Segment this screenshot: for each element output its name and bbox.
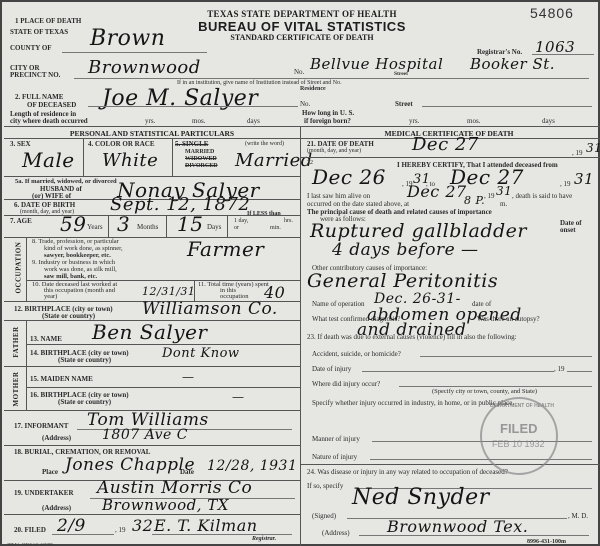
birthplace-value: Williamson Co. — [142, 299, 278, 319]
filed-year: 32 — [132, 516, 153, 535]
last-worked-label-3: year) — [44, 293, 57, 301]
injury-date-label: Date of injury — [312, 365, 351, 373]
age-years: 59 — [60, 212, 86, 236]
form-number: 8996-431-100m — [527, 538, 566, 546]
printer-note: THE E.L. STECK CO. AUSTIN — [7, 540, 53, 546]
autopsy-label: Was there an autopsy? — [477, 315, 540, 323]
father-birthplace-label-2: (State or country) — [58, 356, 111, 364]
years-label: Years — [87, 223, 103, 231]
dod-value: Dec 27 — [412, 134, 479, 155]
undertaker-address: Brownwood, TX — [102, 496, 229, 514]
cause-line-2: 4 days before — — [332, 240, 479, 260]
death-certificate: TEXAS STATE DEPARTMENT OF HEALTH BUREAU … — [0, 0, 600, 546]
filed-stamp: DEPARTMENT OF HEALTH FILED FEB 10 1932 — [480, 397, 558, 475]
father-birthplace: Dont Know — [162, 346, 240, 361]
to-year-prefix: , 19 — [560, 180, 571, 188]
department-title: TEXAS STATE DEPARTMENT OF HEALTH — [192, 9, 412, 19]
city-value: Brownwood — [88, 57, 201, 78]
days-label: Days — [207, 223, 221, 231]
burial-place: Jones Chapple — [65, 455, 195, 475]
physician-signature: Ned Snyder — [352, 485, 490, 510]
last-worked-value: 12/31/31 — [142, 285, 195, 298]
less-label-3: or — [234, 224, 239, 232]
to-year: 31 — [574, 170, 594, 188]
less-min: min. — [270, 224, 281, 232]
certificate-number: 54806 — [530, 5, 574, 21]
foreign-mos: mos. — [467, 117, 480, 125]
signed-label: (Signed) — [312, 512, 336, 520]
state-label: STATE OF TEXAS — [10, 28, 68, 36]
sex-value: Male — [22, 148, 75, 172]
street-label: Street — [394, 70, 408, 78]
length-days: days — [247, 117, 260, 125]
undertaker-label: 19. UNDERTAKER — [14, 489, 74, 497]
less-hrs: hrs. — [284, 217, 293, 225]
name-label-1: 2. FULL NAME — [15, 93, 63, 101]
city-label-2: PRECINCT NO. — [10, 71, 60, 79]
father-name: Ben Salyer — [92, 320, 208, 344]
death-time: 8 P. — [464, 194, 485, 207]
last-saw-year: 31 — [496, 184, 512, 198]
length-yrs: yrs. — [145, 117, 155, 125]
nature-label: Nature of injury — [312, 453, 357, 461]
residence-street-label: Street — [395, 100, 413, 108]
informant-label: 17. INFORMANT — [14, 422, 68, 430]
dod-label-2: (month, day, and year) — [307, 147, 361, 155]
mother-section-label: MOTHER — [12, 365, 20, 413]
occupational-label: 24. Was disease or injury in any way rel… — [307, 468, 508, 476]
foreign-yrs: yrs. — [409, 117, 419, 125]
street-value: Booker St. — [470, 55, 555, 73]
injury-specify-label: Specify whether injury occurred in indus… — [312, 399, 514, 407]
last-saw-value: Dec 27 — [407, 182, 467, 201]
less-label-1: If LESS than — [247, 210, 281, 218]
injury-where-label: Where did injury occur? — [312, 380, 380, 388]
md-label: , M. D. — [568, 512, 588, 520]
dod-year: 31 — [586, 141, 600, 155]
age-label: 7. AGE — [10, 217, 32, 225]
burial-date: 12/28, 1931 — [207, 458, 297, 474]
accident-label: Accident, suicide, or homicide? — [312, 350, 401, 358]
filed-label: 20. FILED — [14, 526, 46, 534]
occurred-label: occurred on the date stated above, at — [307, 200, 409, 208]
county-label: COUNTY OF — [10, 44, 52, 52]
name-label-2: OF DECEASED — [27, 101, 76, 109]
race-value: White — [102, 150, 158, 171]
no-label: No. — [294, 68, 304, 76]
dod-year-prefix: , 19 — [572, 149, 583, 157]
mother-birthplace-label-2: (State or country) — [58, 398, 111, 406]
father-name-label: 13. NAME — [30, 335, 62, 343]
stamp-ring-text: DEPARTMENT OF HEALTH — [490, 403, 554, 409]
physician-address-label: (Address) — [322, 529, 350, 537]
external-label: 23. If death was due to external causes … — [307, 333, 517, 341]
filed-registrar: E. T. Kilman — [154, 516, 258, 535]
foreign-label-2: if foreign born? — [304, 117, 351, 125]
residence-no-label: No. — [300, 100, 310, 108]
foreign-label-1: How long in U. S. — [302, 109, 354, 117]
occupation-section-label: OCCUPATION — [15, 249, 23, 294]
county-value: Brown — [90, 26, 165, 51]
length-mos: mos. — [192, 117, 205, 125]
informant-address-label: (Address) — [42, 434, 71, 442]
if-so-label: If so, specify — [307, 482, 343, 490]
race-label: 4. COLOR OR RACE — [88, 140, 155, 148]
injury-year-prefix: , 19 — [554, 365, 565, 373]
deceased-name: Joe M. Salyer — [102, 86, 258, 111]
mother-maiden-label: 15. MAIDEN NAME — [30, 375, 93, 383]
filed-date: 2/9 — [57, 516, 86, 536]
burial-place-label: Place — [42, 468, 58, 476]
marital-hint: (write the word) — [245, 140, 284, 148]
mother-maiden: — — [182, 370, 195, 384]
marital-value: Married — [235, 150, 313, 171]
father-section-label: FATHER — [12, 318, 20, 366]
personal-section-title: PERSONAL AND STATISTICAL PARTICULARS — [4, 129, 300, 138]
trade-value: Farmer — [187, 237, 264, 261]
residence-label: Residence — [300, 85, 326, 93]
undertaker-name: Austin Morris Co — [97, 478, 252, 498]
operation-label: Name of operation — [312, 300, 364, 308]
informant-address: 1807 Ave C — [102, 427, 188, 443]
contributory-value: General Peritonitis — [307, 270, 498, 292]
mother-birthplace: — — [232, 390, 245, 404]
physician-address: Brownwood Tex. — [387, 517, 528, 536]
time-suffix: m. — [500, 200, 507, 208]
form-title: STANDARD CERTIFICATE OF DEATH — [192, 33, 412, 42]
undertaker-address-label: (Address) — [42, 504, 71, 512]
place-of-death-label: 1 PLACE OF DEATH — [15, 17, 81, 25]
bureau-title: BUREAU OF VITAL STATISTICS — [172, 19, 432, 34]
filed-year-prefix: , 19 — [115, 526, 126, 534]
age-days: 15 — [177, 212, 203, 236]
injury-where-hint: (Specify city or town, county, and State… — [432, 388, 537, 396]
attended-from: Dec 26 — [312, 165, 386, 189]
institution-value: Bellvue Hospital — [310, 55, 443, 73]
manner-label: Manner of injury — [312, 435, 360, 443]
sex-label: 3. SEX — [10, 140, 31, 148]
last-saw-year-prefix: , 19 — [484, 192, 495, 200]
death-said-label: , death is said to have — [512, 192, 572, 200]
marital-option-divorced: DIVORCED — [185, 162, 218, 170]
birthplace-label-2: (State or country) — [42, 312, 95, 320]
marital-label: 5. SINGLE — [175, 140, 208, 148]
length-label-2: city where death occurred — [10, 117, 88, 125]
registrar-label: Registrar. — [252, 535, 276, 543]
foreign-days: days — [542, 117, 555, 125]
onset-label: Date of onset — [560, 220, 590, 234]
months-label: Months — [137, 223, 158, 231]
age-months: 3 — [117, 212, 130, 236]
burial-date-label: Date — [180, 468, 194, 476]
last-saw-label: I last saw him alive on — [307, 192, 370, 200]
cause-line-1: Ruptured gallbladder — [310, 220, 527, 242]
stamp-filed-text: FILED — [500, 421, 538, 436]
stamp-date: FEB 10 1932 — [492, 439, 545, 449]
